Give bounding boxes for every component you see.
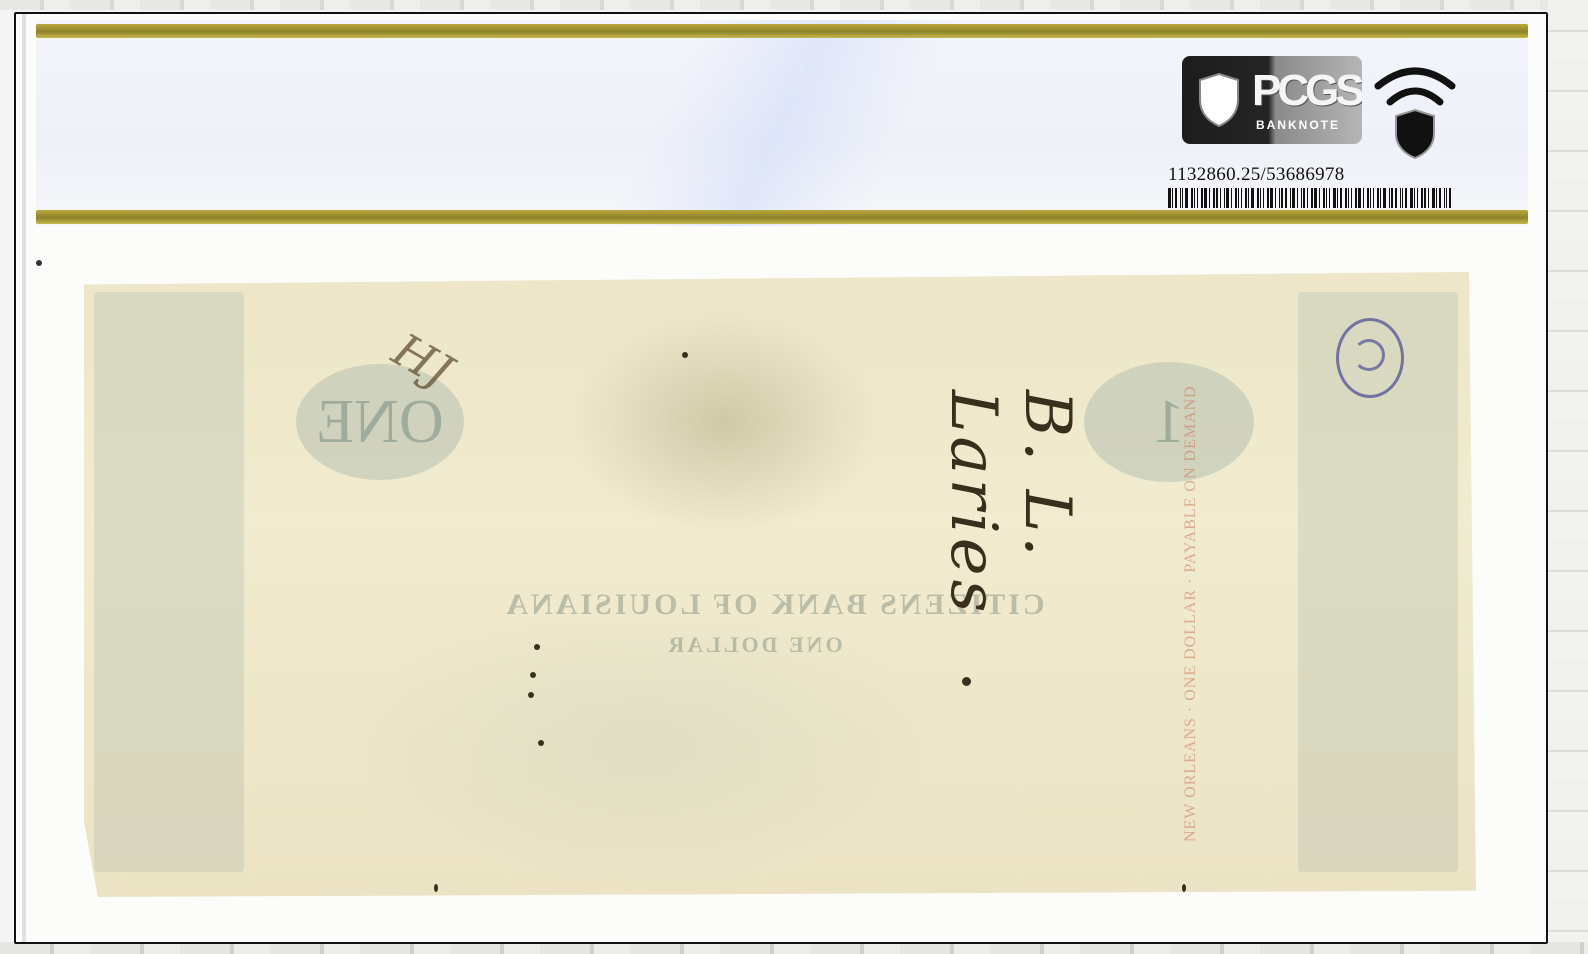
ink-spot <box>434 884 438 892</box>
gold-bar-bottom <box>36 210 1528 224</box>
ink-spot <box>1182 884 1186 892</box>
handwritten-signature: B. L. Laries <box>964 390 1084 810</box>
banknote: ONE 1 CITIZENS BANK OF LOUISIANA ONE DOL… <box>84 272 1476 897</box>
left-vignette-panel <box>94 292 244 872</box>
vertical-red-text: NEW ORLEANS · ONE DOLLAR · PAYABLE ON DE… <box>1180 302 1290 842</box>
holder-dot <box>36 260 42 266</box>
ink-spot <box>538 740 544 746</box>
ink-spot <box>530 672 536 678</box>
nfc-shield-icon <box>1372 62 1458 162</box>
gold-bar-top <box>36 24 1528 38</box>
scan-edge-right <box>1548 0 1588 954</box>
ink-spot <box>682 352 688 358</box>
bleed-through-title: CITIZENS BANK OF LOUISIANA <box>284 588 1264 622</box>
logo-subtext: BANKNOTE <box>1256 118 1340 132</box>
ink-stamp <box>1336 318 1404 398</box>
cert-number: 1132860.25/53686978 <box>1168 164 1345 186</box>
scan-edge-top <box>0 0 1588 10</box>
pcgs-banknote-logo: PCGS BANKNOTE <box>1182 56 1362 144</box>
logo-text: PCGS <box>1252 66 1361 116</box>
ink-spot <box>528 692 534 698</box>
holder-label: PCGS BANKNOTE 1132860.25/53686978 <box>36 20 1528 226</box>
bleed-through-denomination: ONE DOLLAR <box>534 632 974 658</box>
shield-icon <box>1198 72 1240 128</box>
ink-spot <box>534 644 540 650</box>
barcode-icon <box>1168 188 1486 208</box>
ink-spot <box>962 677 971 686</box>
